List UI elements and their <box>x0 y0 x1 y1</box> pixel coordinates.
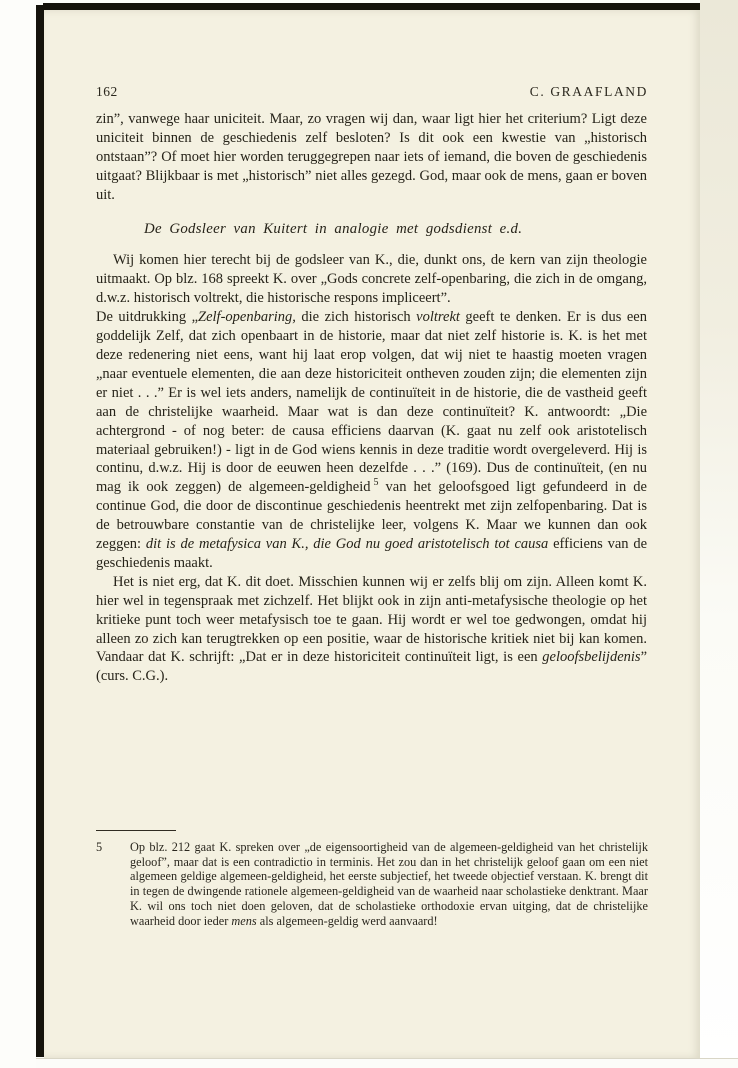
page-surface: 162 C. GRAAFLAND zin”, vanwege haar unic… <box>44 10 700 1058</box>
scan-edge-left <box>36 5 44 1057</box>
paragraph-text: die zich historisch <box>296 309 416 325</box>
paragraph-text: zin”, vanwege haar uniciteit. Maar, zo v… <box>96 111 647 203</box>
footnote-marker: 5 <box>96 840 130 855</box>
paragraph: Het is niet erg, dat K. dit doet. Missch… <box>96 573 647 686</box>
running-header: 162 C. GRAAFLAND <box>96 84 648 100</box>
footnote-text-segment: als algemeen-geldig werd aanvaard! <box>257 914 438 928</box>
emphasized-term: Zelf-openbaring, <box>198 309 296 325</box>
page-bottom-edge-shadow <box>36 1058 738 1068</box>
emphasized-term: mens <box>231 914 256 928</box>
emphasized-term: geloofsbelijdenis <box>542 649 640 665</box>
paragraph-text: De uitdrukking „ <box>96 309 198 325</box>
paragraph-text: geeft te denken. Er is dus een goddelijk… <box>96 309 647 495</box>
paragraph: De uitdrukking „Zelf-openbaring, die zic… <box>96 308 647 573</box>
paragraph-text: Wij komen hier terecht bij de godsleer v… <box>96 252 647 306</box>
footnote-text: Op blz. 212 gaat K. spreken over „de eig… <box>130 840 648 928</box>
footnote-separator-rule <box>96 830 176 831</box>
emphasized-phrase: dit is de metafysica van K., die God nu … <box>146 536 548 552</box>
scanned-document-page: 162 C. GRAAFLAND zin”, vanwege haar unic… <box>0 0 738 1068</box>
page-number: 162 <box>96 84 118 100</box>
emphasized-term: voltrekt <box>416 309 460 325</box>
running-head-author: C. GRAAFLAND <box>530 84 648 100</box>
paragraph-continued: zin”, vanwege haar uniciteit. Maar, zo v… <box>96 110 647 205</box>
section-heading: De Godsleer van Kuitert in analogie met … <box>144 220 647 239</box>
page-right-edge-shadow <box>700 0 738 1068</box>
body-text-column: zin”, vanwege haar uniciteit. Maar, zo v… <box>96 110 647 686</box>
footnote-block: 5 Op blz. 212 gaat K. spreken over „de e… <box>96 830 648 928</box>
scan-edge-top <box>43 3 702 10</box>
paragraph: Wij komen hier terecht bij de godsleer v… <box>96 251 647 308</box>
